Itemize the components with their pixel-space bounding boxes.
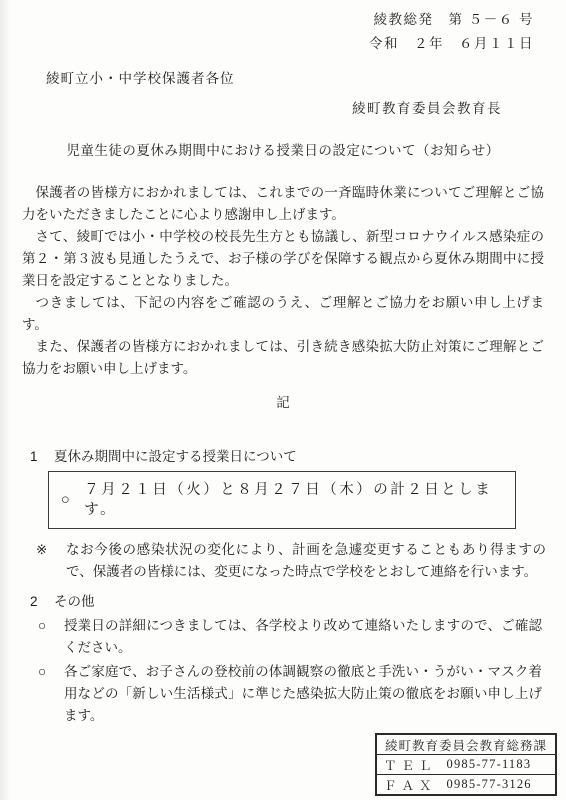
class-days-text: ７月２１日（火）と８月２７日（木）の計２日とします。 <box>84 480 507 520</box>
tel-number: 0985-77-1183 <box>447 757 532 772</box>
sender-line: 綾町教育委員会教育長 <box>20 98 546 120</box>
section-1-title: 夏休み期間中に設定する授業日について <box>54 446 297 468</box>
other-item-details-text: 授業日の詳細につきましては、各学校より改めて連絡いたしますので、ご確認ください。 <box>64 615 542 659</box>
document-header: 綾教総発 第 ５－６ 号 令和 ２年 ６月１１日 <box>20 8 546 56</box>
paragraph-request-confirm: つきましては、下記の内容をご確認のうえ、ご理解とご協力をお願い申し上げます。 <box>22 292 544 336</box>
schedule-change-note-text: なお今後の感染状況の変化により、計画を急遽変更することもあり得ますので、保護者の… <box>66 539 546 583</box>
doc-number: 綾教総発 第 ５－６ 号 <box>20 8 534 32</box>
body-paragraphs: 保護者の皆様方におかれましては、これまでの一斉臨時休業についてご理解とご協力をい… <box>20 182 546 380</box>
fax-number: 0985-77-3126 <box>447 777 532 792</box>
other-item-details: ○ 授業日の詳細につきましては、各学校より改めて連絡いたしますので、ご確認くださ… <box>20 615 546 659</box>
addressee-line: 綾町立小・中学校保護者各位 <box>20 68 546 90</box>
section-2-number: 2 <box>30 591 54 613</box>
record-marker: 記 <box>20 392 546 414</box>
fax-label: ＦＡＸ <box>384 776 437 794</box>
class-days-box: ○ ７月２１日（火）と８月２７日（木）の計２日とします。 <box>48 471 516 529</box>
contact-info-box: 綾町教育委員会教育総務課 ＴＥＬ 0985-77-1183 ＦＡＸ 0985-7… <box>375 733 557 796</box>
contact-tel-row: ＴＥＬ 0985-77-1183 <box>377 754 555 774</box>
reference-mark-icon: ※ <box>36 539 66 583</box>
section-2-heading: 2 その他 <box>20 591 546 613</box>
section-1-heading: 1 夏休み期間中に設定する授業日について <box>20 446 546 468</box>
document-content: 綾教総発 第 ５－６ 号 令和 ２年 ６月１１日 綾町立小・中学校保護者各位 綾… <box>0 0 566 727</box>
contact-fax-row: ＦＡＸ 0985-77-3126 <box>377 774 555 794</box>
circle-bullet-icon: ○ <box>61 490 72 510</box>
section-1-number: 1 <box>30 446 54 468</box>
contact-department: 綾町教育委員会教育総務課 <box>377 735 555 754</box>
circle-bullet-icon: ○ <box>38 615 64 659</box>
document-page: 綾教総発 第 ５－６ 号 令和 ２年 ６月１１日 綾町立小・中学校保護者各位 綾… <box>0 0 566 800</box>
paragraph-thanks: 保護者の皆様方におかれましては、これまでの一斉臨時休業についてご理解とご協力をい… <box>22 182 544 226</box>
tel-label: ＴＥＬ <box>384 756 437 774</box>
circle-bullet-icon: ○ <box>38 661 64 727</box>
paragraph-request-prevention: また、保護者の皆様方におかれましては、引き続き感染拡大防止対策にご理解とご協力を… <box>22 336 544 380</box>
section-2-title: その他 <box>54 591 95 613</box>
other-item-lifestyle-text: 各ご家庭で、お子さんの登校前の体調観察の徹底と手洗い・うがい・マスク着用などの「… <box>64 661 542 727</box>
other-item-lifestyle: ○ 各ご家庭で、お子さんの登校前の体調観察の徹底と手洗い・うがい・マスク着用など… <box>20 661 546 727</box>
document-title: 児童生徒の夏休み期間中における授業日の設定について（お知らせ） <box>20 140 546 162</box>
doc-date: 令和 ２年 ６月１１日 <box>20 32 534 56</box>
schedule-change-note: ※ なお今後の感染状況の変化により、計画を急遽変更することもあり得ますので、保護… <box>20 539 546 583</box>
paragraph-decision: さて、綾町では小・中学校の校長先生方とも協議し、新型コロナウイルス感染症の第２・… <box>22 226 544 292</box>
